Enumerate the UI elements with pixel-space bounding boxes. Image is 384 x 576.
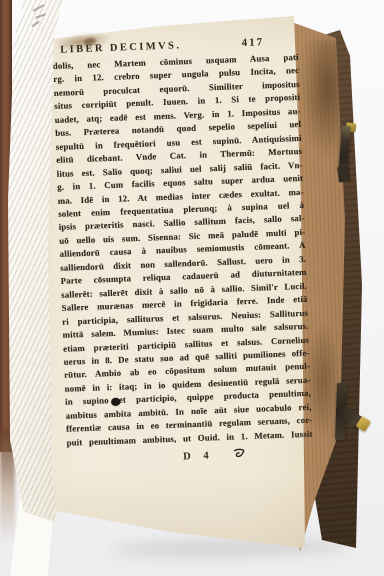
upper-clasp xyxy=(334,123,362,185)
handwriting-fragment xyxy=(35,13,46,18)
upper-clasp-mount xyxy=(337,165,351,182)
gathering-signature: D 4 xyxy=(183,450,214,462)
lower-clasp xyxy=(333,383,377,449)
header-title: LIBER DECIMVS. xyxy=(60,40,181,55)
book-photo: LIBER DECIMVS. 417 dolis, nec Martem cōm… xyxy=(0,0,384,576)
handwriting-fragment xyxy=(31,21,39,27)
printed-text-block: LIBER DECIMVS. 417 dolis, nec Martem cōm… xyxy=(52,35,313,470)
book-drop-shadow xyxy=(110,538,350,558)
printers-mark-icon xyxy=(233,445,246,463)
page-number: 417 xyxy=(241,36,264,49)
handwriting-fragment xyxy=(32,4,44,11)
